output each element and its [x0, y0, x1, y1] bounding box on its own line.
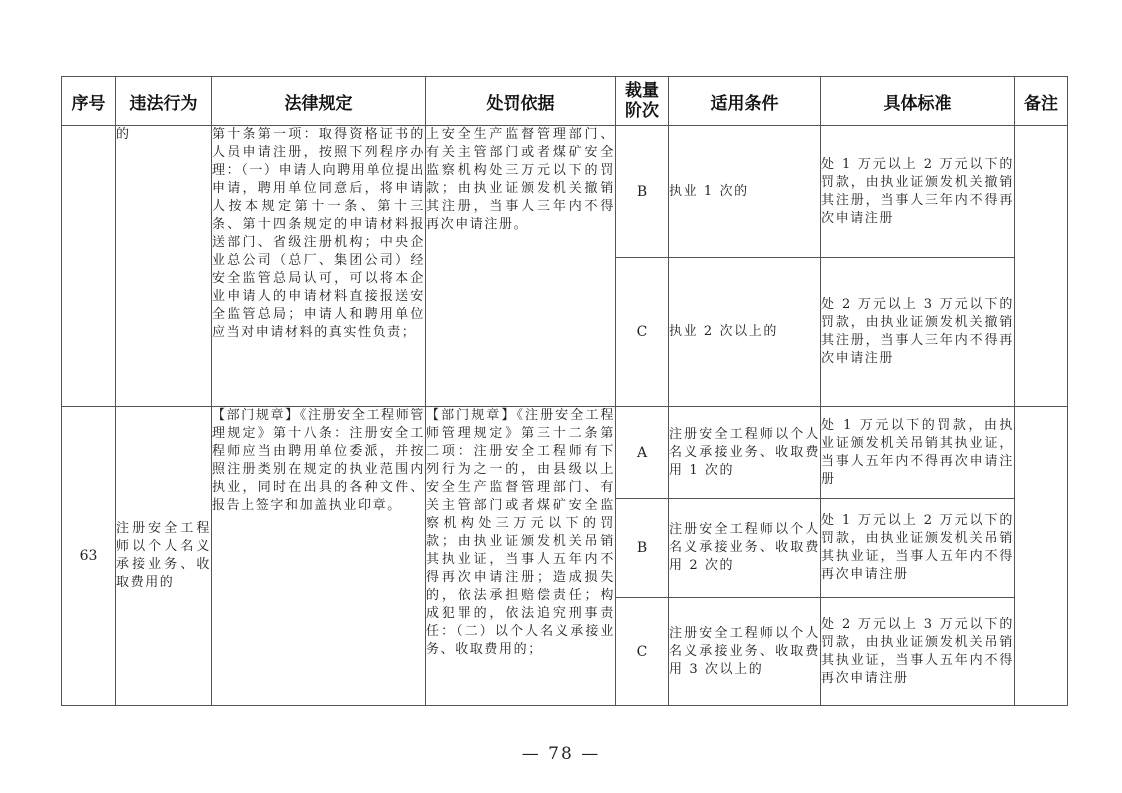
table-row: 的 第十条第一项：取得资格证书的人员申请注册，按照下列程序办理：（一）申请人向聘…: [62, 126, 1068, 258]
header-level: 裁量 阶次: [616, 77, 669, 126]
header-level-line2: 阶次: [616, 101, 668, 121]
table-row: 63 注册安全工程师以个人名义承接业务、收取费用的 【部门规章】《注册安全工程师…: [62, 407, 1068, 499]
header-basis: 处罚依据: [426, 77, 616, 126]
level-cell: B: [616, 499, 669, 598]
level-cell: C: [616, 258, 669, 407]
violation-cell: 注册安全工程师以个人名义承接业务、收取费用的: [116, 407, 212, 706]
note-cell: [1015, 407, 1068, 706]
condition-cell: 注册安全工程师以个人名义承接业务、收取费用 1 次的: [669, 407, 821, 499]
standard-cell: 处 1 万元以上 2 万元以下的罚款，由执业证颁发机关撤销其注册，当事人三年内不…: [821, 126, 1015, 258]
header-violation: 违法行为: [116, 77, 212, 126]
condition-cell: 执业 2 次以上的: [669, 258, 821, 407]
level-cell: B: [616, 126, 669, 258]
standard-cell: 处 1 万元以下的罚款，由执业证颁发机关吊销其执业证，当事人五年内不得再次申请注…: [821, 407, 1015, 499]
condition-cell: 注册安全工程师以个人名义承接业务、收取费用 2 次的: [669, 499, 821, 598]
standard-cell: 处 1 万元以上 2 万元以下的罚款，由执业证颁发机关吊销其执业证，当事人五年内…: [821, 499, 1015, 598]
row-no: [62, 126, 116, 407]
violation-cell: 的: [116, 126, 212, 407]
header-condition: 适用条件: [669, 77, 821, 126]
header-row: 序号 违法行为 法律规定 处罚依据 裁量 阶次 适用条件 具体标准 备注: [62, 77, 1068, 126]
header-standard: 具体标准: [821, 77, 1015, 126]
basis-cell: 【部门规章】《注册安全工程师管理规定》第三十二条第二项：注册安全工程师有下列行为…: [426, 407, 616, 706]
level-cell: C: [616, 598, 669, 706]
penalty-discretion-table: 序号 违法行为 法律规定 处罚依据 裁量 阶次 适用条件 具体标准 备注 的 第…: [61, 76, 1068, 706]
header-level-line1: 裁量: [616, 81, 668, 101]
law-cell: 第十条第一项：取得资格证书的人员申请注册，按照下列程序办理：（一）申请人向聘用单…: [212, 126, 426, 407]
standard-cell: 处 2 万元以上 3 万元以下的罚款，由执业证颁发机关吊销其执业证，当事人五年内…: [821, 598, 1015, 706]
header-law: 法律规定: [212, 77, 426, 126]
row-no: 63: [62, 407, 116, 706]
condition-cell: 执业 1 次的: [669, 126, 821, 258]
page-number: — 78 —: [0, 744, 1122, 764]
header-note: 备注: [1015, 77, 1068, 126]
note-cell: [1015, 126, 1068, 407]
header-no: 序号: [62, 77, 116, 126]
law-cell: 【部门规章】《注册安全工程师管理规定》第十八条：注册安全工程师应当由聘用单位委派…: [212, 407, 426, 706]
condition-cell: 注册安全工程师以个人名义承接业务、收取费用 3 次以上的: [669, 598, 821, 706]
standard-cell: 处 2 万元以上 3 万元以下的罚款，由执业证颁发机关撤销其注册，当事人三年内不…: [821, 258, 1015, 407]
basis-cell: 上安全生产监督管理部门、有关主管部门或者煤矿安全监察机构处三万元以下的罚款；由执…: [426, 126, 616, 407]
level-cell: A: [616, 407, 669, 499]
